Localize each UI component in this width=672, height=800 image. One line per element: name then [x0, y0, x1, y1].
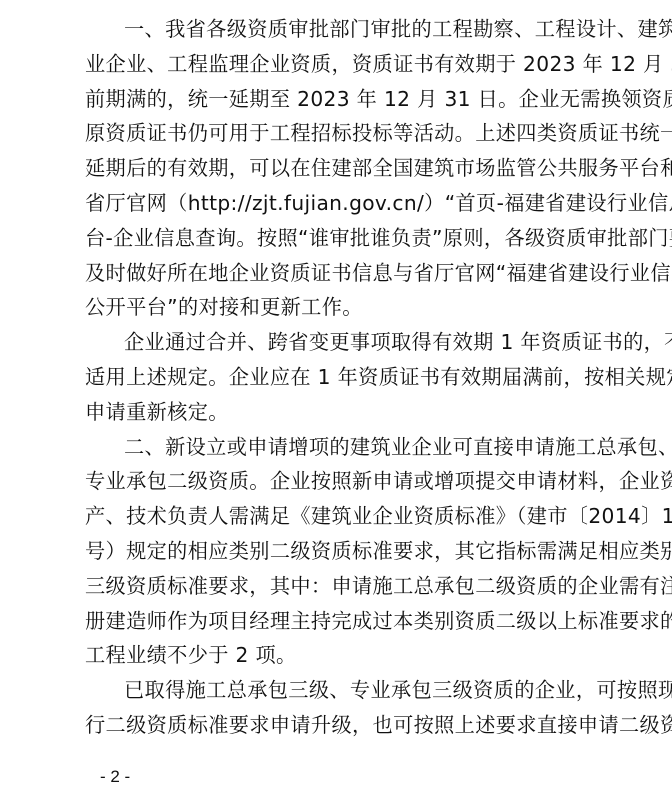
paragraph-4-line-1: 已取得施工总承包三级、专业承包三级资质的企业，可按照现	[85, 673, 604, 708]
paragraph-3-line-6: 册建造师作为项目经理主持完成过本类别资质二级以上标准要求的	[85, 604, 604, 639]
paragraph-1-line-2: 业企业、工程监理企业资质，资质证书有效期于 2023 年 12 月 30 日	[85, 47, 604, 82]
paragraph-1-line-7: 台-企业信息查询。按照“谁审批谁负责”原则，各级资质审批部门要	[85, 221, 604, 256]
paragraph-3-line-3: 产、技术负责人需满足《建筑业企业资质标准》（建市〔2014〕159	[85, 499, 604, 534]
paragraph-4-line-2: 行二级资质标准要求申请升级，也可按照上述要求直接申请二级资	[85, 708, 604, 743]
paragraph-1-line-4: 原资质证书仍可用于工程招标投标等活动。上述四类资质证书统一	[85, 116, 604, 151]
document-body: 一、我省各级资质审批部门审批的工程勘察、工程设计、建筑 业企业、工程监理企业资质…	[85, 12, 604, 743]
paragraph-2-line-1: 企业通过合并、跨省变更事项取得有效期 1 年资质证书的，不	[85, 325, 604, 360]
paragraph-1-line-5: 延期后的有效期，可以在住建部全国建筑市场监管公共服务平台和	[85, 151, 604, 186]
document-page: 一、我省各级资质审批部门审批的工程勘察、工程设计、建筑 业企业、工程监理企业资质…	[0, 0, 672, 800]
paragraph-1-line-8: 及时做好所在地企业资质证书信息与省厅官网“福建省建设行业信息	[85, 256, 604, 291]
paragraph-3-line-4: 号）规定的相应类别二级资质标准要求，其它指标需满足相应类别	[85, 534, 604, 569]
paragraph-3-line-7: 工程业绩不少于 2 项。	[85, 638, 604, 673]
paragraph-1-line-1: 一、我省各级资质审批部门审批的工程勘察、工程设计、建筑	[85, 12, 604, 47]
page-number: - 2 -	[100, 766, 130, 788]
paragraph-2-line-2: 适用上述规定。企业应在 1 年资质证书有效期届满前，按相关规定	[85, 360, 604, 395]
paragraph-3-line-5: 三级资质标准要求，其中：申请施工总承包二级资质的企业需有注	[85, 569, 604, 604]
paragraph-1-line-9: 公开平台”的对接和更新工作。	[85, 290, 604, 325]
paragraph-2-line-3: 申请重新核定。	[85, 395, 604, 430]
paragraph-3-line-1: 二、新设立或申请增项的建筑业企业可直接申请施工总承包、	[85, 430, 604, 465]
paragraph-3-line-2: 专业承包二级资质。企业按照新申请或增项提交申请材料，企业资	[85, 464, 604, 499]
paragraph-1-line-3: 前期满的，统一延期至 2023 年 12 月 31 日。企业无需换领资质证书，	[85, 82, 604, 117]
paragraph-1-line-6: 省厅官网（http://zjt.fujian.gov.cn/）“首页-福建省建设…	[85, 186, 604, 221]
